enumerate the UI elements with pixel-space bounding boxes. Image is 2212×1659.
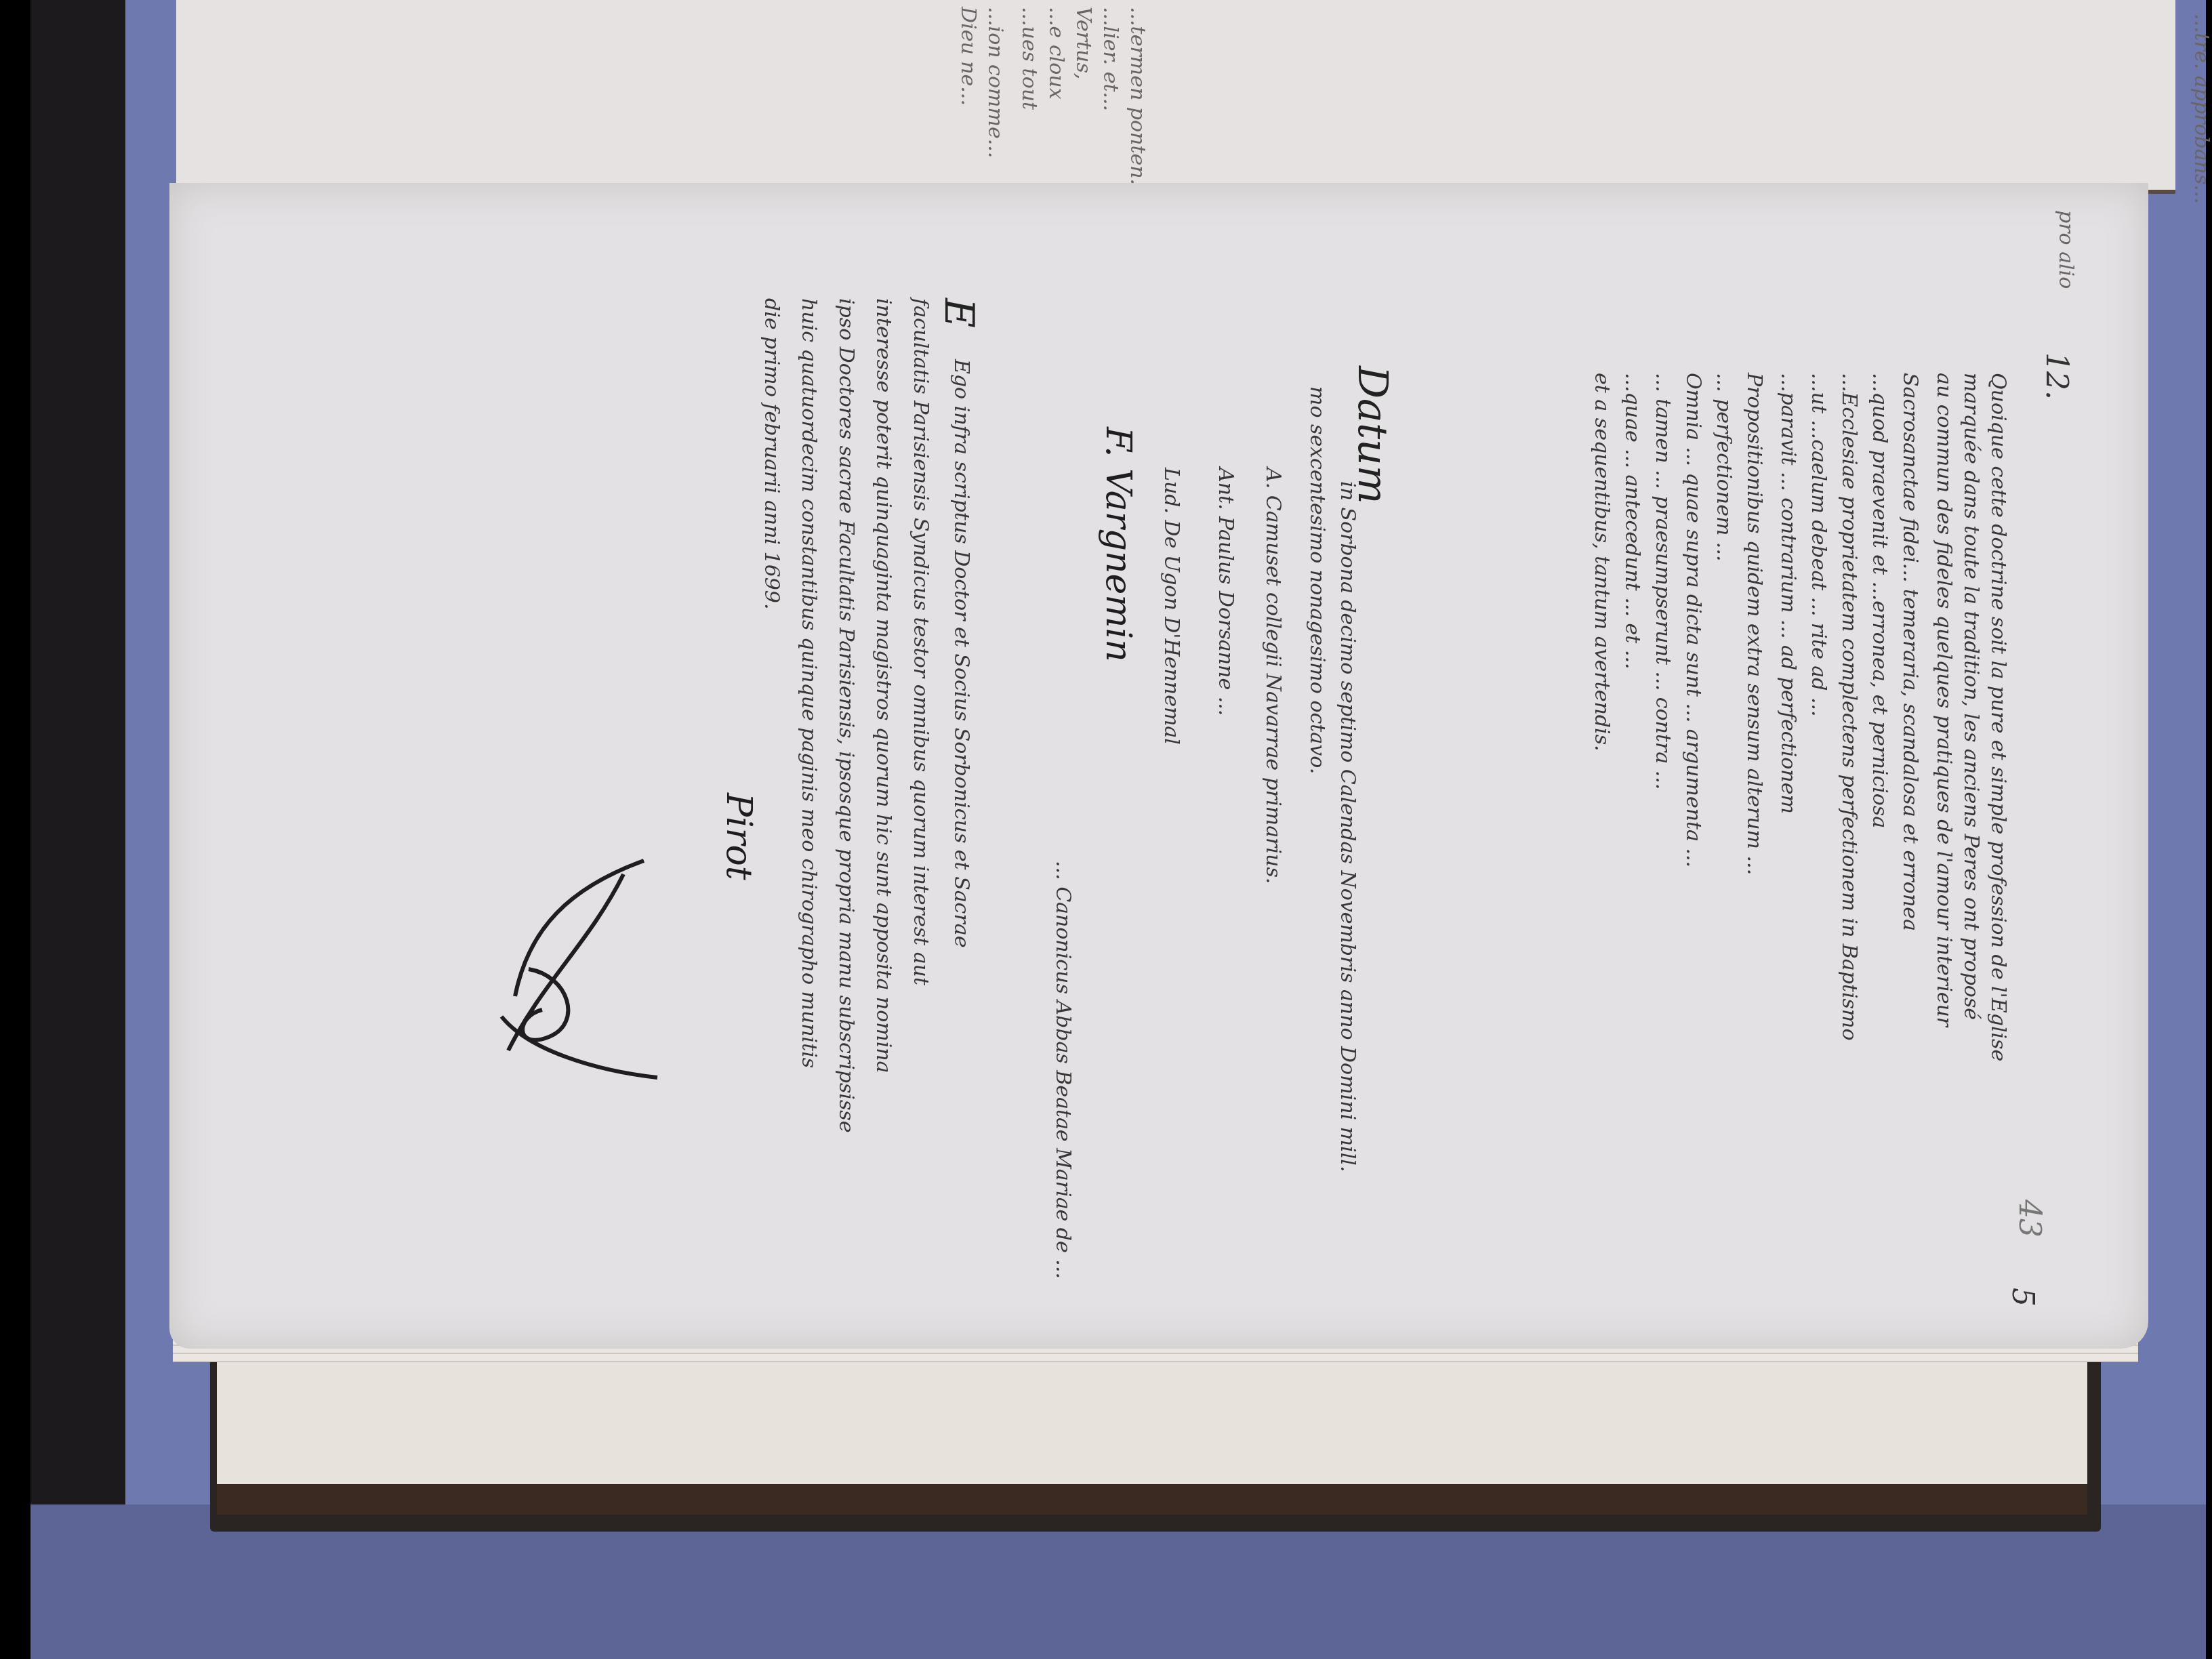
folio-number: 12. [2039, 352, 2074, 400]
pencil-folio-number: 43 [2012, 1200, 2047, 1237]
attestation-line: interesse poterit quinquaginta magistros… [868, 298, 898, 1073]
body-line: ...quae ... antecedunt ... et ... [1617, 373, 1647, 670]
facing-line: ...e cloux [1041, 7, 1071, 100]
body-line: Quoique cette doctrine soit la pure et s… [1983, 373, 2013, 1061]
margin-note: pro alio [2051, 210, 2081, 289]
body-line: marquée dans toute la tradition, les anc… [1956, 373, 1986, 1020]
facing-page: ...tre. approbans... ...termen ponten...… [176, 0, 2175, 194]
body-line: au commun des fideles quelques pratiques… [1929, 373, 1959, 1027]
signatory: F. Vargnemin [1098, 427, 1139, 662]
datum-line: in Sorbona decimo septimo Calendas Novem… [1332, 481, 1362, 1172]
facing-line: Dieu ne... [953, 7, 983, 106]
attestation-line: Ego infra scriptus Doctor et Socius Sorb… [946, 359, 976, 947]
body-line: Sacrosanctae fidei... temeraria, scandal… [1895, 373, 1925, 931]
facing-line: ...termen ponten... [1122, 7, 1152, 198]
attestation-initial: E [935, 298, 983, 328]
attestation-line: ipso Doctores sacrae Facultatis Parisien… [831, 298, 861, 1132]
signatory: ... Canonicus Abbas Beatae Mariae de ... [1048, 861, 1078, 1279]
manuscript-photo: ...tre. approbans... ...termen ponten...… [0, 0, 2212, 1659]
dark-edge [30, 0, 125, 1659]
datum-line: mo sexcentesimo nonagesimo octavo. [1302, 386, 1332, 774]
main-page: 12. 43 5 pro alio Quoique cette doctrine… [169, 183, 2148, 1349]
body-line: ...ut ...caelum debeat ... rite ad ... [1803, 373, 1833, 717]
body-line: ...Ecclesiae proprietatem complectens pe… [1834, 373, 1864, 1040]
body-line: ... tamen ... praesumpserunt ... contra … [1647, 373, 1677, 790]
facing-line: ...tre. approbans... [2186, 14, 2212, 204]
body-line: ...quod praevenit et ...erronea, et pern… [1864, 373, 1894, 828]
attestation-line: huic quatuordecim constantibus quinque p… [794, 298, 823, 1068]
facing-line: ...lier. et... [1095, 7, 1125, 111]
body-line: Propositionibus quidem extra sensum alte… [1739, 373, 1769, 875]
signatory: Lud. De Ugon D'Hennemal [1156, 468, 1186, 745]
signatory: A. Camuset collegii Navarrae primarius. [1258, 468, 1288, 884]
body-line: ... perfectionem ... [1708, 373, 1738, 561]
facing-line: ...ues tout [1014, 7, 1044, 110]
binding-edge [217, 1484, 2087, 1515]
facing-line: Vertus, [1068, 7, 1098, 79]
body-line: ...paravit ... contrarium ... ad perfect… [1773, 373, 1803, 814]
paraph-flourish-icon [488, 847, 664, 1091]
body-line: et a sequentibus, tantum avertendis. [1586, 373, 1616, 752]
attestation-signature: Pirot [718, 793, 759, 880]
attestation-line: die primo februarii anni 1699. [756, 298, 786, 610]
attestation-line: facultatis Parisiensis Syndicus testor o… [905, 298, 935, 985]
body-line: Omnia ... quae supra dicta sunt ... argu… [1678, 373, 1708, 867]
ink-folio-number: 5 [2005, 1288, 2040, 1307]
facing-line: ...ion comme... [980, 7, 1010, 158]
signatory: Ant. Paulus Dorsanne ... [1210, 468, 1240, 716]
